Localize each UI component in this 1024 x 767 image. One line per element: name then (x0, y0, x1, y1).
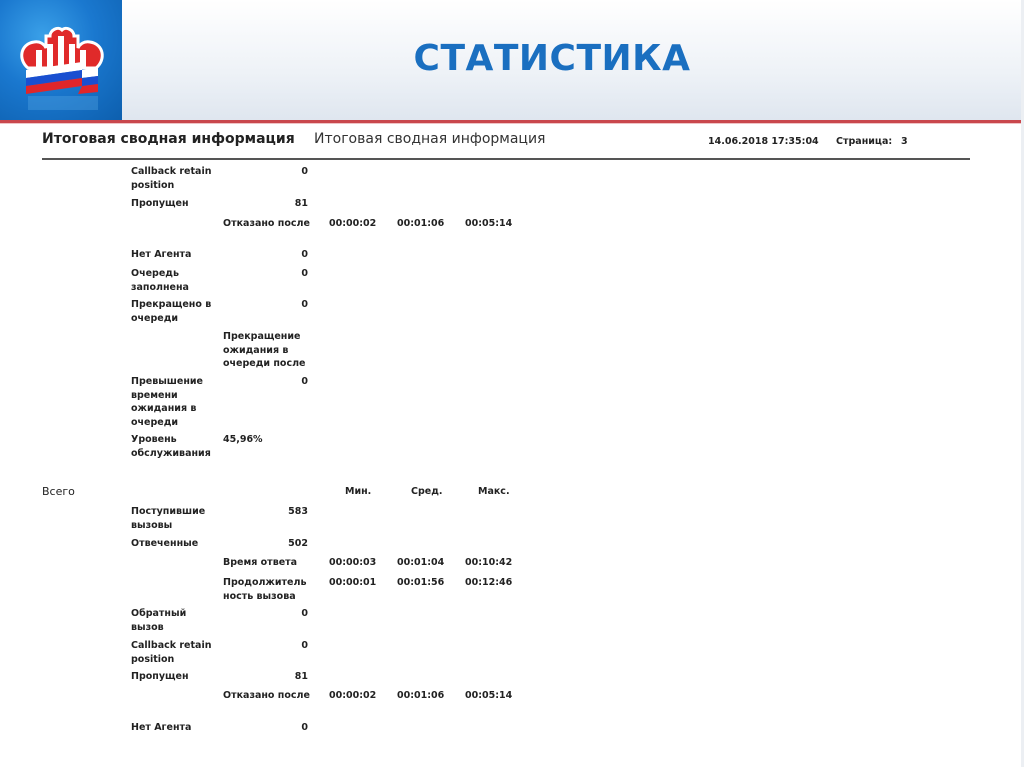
row-label: Callback retain position (131, 165, 219, 192)
row-value: 0 (250, 375, 308, 389)
row-value: 0 (250, 607, 308, 621)
page-label: Страница: (836, 136, 892, 147)
row-avg: 00:01:56 (397, 576, 444, 590)
row-min: 00:00:03 (329, 556, 376, 570)
row-value: 502 (250, 537, 308, 551)
row-value: 81 (250, 197, 308, 211)
row-sublabel: Время ответа (223, 556, 311, 570)
page-number: 3 (901, 136, 908, 147)
row-label: Обратный вызов (131, 607, 219, 634)
row-value: 583 (250, 505, 308, 519)
row-label: Очередь заполнена (131, 267, 219, 294)
row-label: Callback retain position (131, 639, 219, 666)
report-datetime: 14.06.2018 17:35:04 (708, 136, 819, 147)
row-label: Пропущен (131, 670, 219, 684)
row-min: 00:00:01 (329, 576, 376, 590)
row-sublabel: Отказано после (223, 689, 311, 703)
row-min: 00:00:02 (329, 689, 376, 703)
row-value: 0 (250, 721, 308, 735)
row-label: Пропущен (131, 197, 219, 211)
row-max: 00:12:46 (465, 576, 512, 590)
report-subtitle: Итоговая сводная информация (314, 131, 545, 147)
row-avg: 00:01:06 (397, 689, 444, 703)
column-max: Макс. (478, 485, 510, 499)
row-value: 0 (250, 267, 308, 281)
slide-title: СТАТИСТИКА (0, 38, 1024, 79)
row-value: 0 (250, 248, 308, 262)
row-label: Уровень обслуживания (131, 433, 219, 460)
report-title: Итоговая сводная информация (42, 131, 295, 147)
report-header: Итоговая сводная информация Итоговая сво… (42, 130, 970, 160)
row-avg: 00:01:06 (397, 217, 444, 231)
row-avg: 00:01:04 (397, 556, 444, 570)
row-sublabel: Отказано после (223, 217, 311, 231)
row-min: 00:00:02 (329, 217, 376, 231)
row-value: 0 (250, 298, 308, 312)
row-value: 45,96% (223, 433, 263, 447)
row-max: 00:05:14 (465, 217, 512, 231)
row-label: Поступившие вызовы (131, 505, 219, 532)
row-sublabel: Продолжитель ность вызова (223, 576, 311, 603)
row-value: 0 (250, 165, 308, 179)
header-divider (0, 120, 1024, 124)
row-label: Нет Агента (131, 721, 219, 735)
section-label: Всего (42, 485, 75, 498)
column-avg: Сред. (411, 485, 443, 499)
row-value: 81 (250, 670, 308, 684)
row-max: 00:10:42 (465, 556, 512, 570)
row-value: 0 (250, 639, 308, 653)
row-label: Нет Агента (131, 248, 219, 262)
column-min: Мин. (345, 485, 371, 499)
row-max: 00:05:14 (465, 689, 512, 703)
row-label: Превышение времени ожидания в очереди (131, 375, 219, 429)
row-sublabel: Прекращение ожидания в очереди после (223, 330, 311, 371)
row-label: Отвеченные (131, 537, 219, 551)
row-label: Прекращено в очереди (131, 298, 219, 325)
